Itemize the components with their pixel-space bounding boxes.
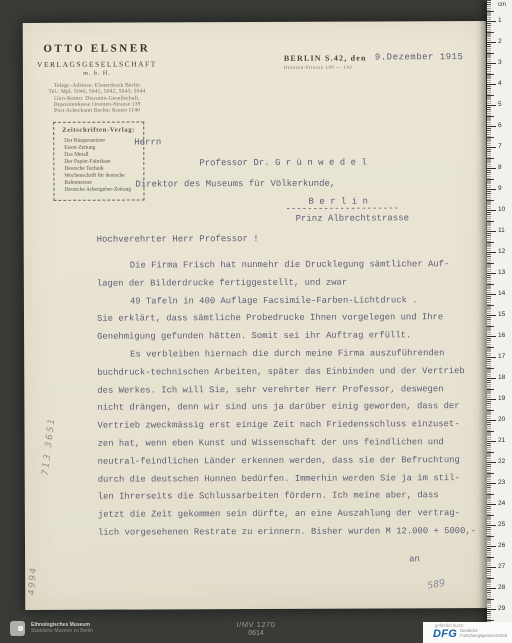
body-line: Sie erklärt, dass sämtliche Probedrucke … <box>97 313 443 325</box>
scan-viewer: OTTO ELSNER VERLAGSGESELLSCHAFT m. b. H.… <box>0 0 512 643</box>
ruler-cm-number: 6 <box>498 122 510 129</box>
ruler-cm-tick <box>487 210 496 211</box>
body-line: lagen der Bilderdrucke fertiggestellt, u… <box>97 277 347 288</box>
ruler-cm-number: 4 <box>498 80 510 87</box>
ruler-cm-number: 5 <box>498 101 510 108</box>
ruler-cm-tick <box>487 567 496 568</box>
ruler-cm-number: 22 <box>498 458 510 465</box>
body-line: Es verbleiben hiernach die durch meine F… <box>130 348 444 359</box>
ruler-cm-tick <box>487 21 496 22</box>
company-name: OTTO ELSNER <box>31 42 163 55</box>
ruler-cm-tick <box>487 126 496 127</box>
ruler-cm-tick <box>487 546 496 547</box>
ruler-cm-number: 9 <box>498 185 510 192</box>
journals-list: Der BürgermeisterEisen-ZeitungDas Metall… <box>64 137 143 193</box>
ruler-cm-number: 19 <box>498 395 510 402</box>
ruler-cm-tick <box>487 462 496 463</box>
ruler-cm-tick <box>487 441 496 442</box>
ruler-cm-number: 26 <box>498 542 510 549</box>
ruler-cm-number: 20 <box>498 416 510 423</box>
ruler-cm-tick <box>487 483 496 484</box>
body-line: Vertrieb zweckmässig erst einige Zeit na… <box>97 419 459 431</box>
letter-page: OTTO ELSNER VERLAGSGESELLSCHAFT m. b. H.… <box>23 21 489 610</box>
ruler-cm-number: 28 <box>498 584 510 591</box>
journals-box-title: Zeitschriften-Verlag: <box>54 126 143 133</box>
contact-line: Post-Scheckamt Berlin: Konto 1140 <box>31 108 163 115</box>
margin-note-lower: 4994 <box>27 566 39 595</box>
ruler-cm-number: 21 <box>498 437 510 444</box>
recipient-street: Prinz Albrechtstrasse <box>296 213 409 223</box>
ruler-cm-number: 12 <box>498 248 510 255</box>
recipient-city-underline: --------------------- <box>286 203 399 213</box>
ruler-cm-tick <box>487 189 496 190</box>
ruler-cm-number: 1 <box>498 17 510 24</box>
body-line: 49 Tafeln in 400 Auflage Facsimile-Farbe… <box>130 295 418 306</box>
dfg-logo: DFG <box>433 628 457 640</box>
ruler-cm-tick <box>487 525 496 526</box>
typed-date: 9.Dezember 1915 <box>375 52 464 62</box>
body-line: zen hat, wenn eben Kunst und Wissenschaf… <box>98 437 444 449</box>
ruler: cm 1234567891011121314151617181920212223… <box>487 0 512 643</box>
ruler-cm-number: 11 <box>498 227 510 234</box>
recipient-salutation: Herrn <box>134 137 161 147</box>
letterhead-street: Oranien-Strasse 140 — 142 <box>284 66 352 71</box>
ruler-cm-tick <box>487 63 496 64</box>
ruler-cm-tick <box>487 147 496 148</box>
ruler-cm-number: 3 <box>498 59 510 66</box>
ruler-cm-number: 23 <box>498 479 510 486</box>
ruler-cm-tick <box>487 273 496 274</box>
letterhead-place: BERLIN S.42, den <box>284 54 367 63</box>
ruler-cm-tick <box>487 84 496 85</box>
letterhead-left: OTTO ELSNER VERLAGSGESELLSCHAFT m. b. H.… <box>31 42 163 114</box>
dfg-funding-box: gefördert durch DFG Deutsche Forschungsg… <box>423 622 512 643</box>
ruler-cm-tick <box>487 399 496 400</box>
body-line: lich vorgesehenen Restrate zu erinnern. … <box>98 526 476 538</box>
ruler-cm-tick <box>487 294 496 295</box>
dfg-name: Deutsche Forschungsgemeinschaft <box>460 629 507 638</box>
body-line: durch die deutschen Hunnen bedürfen. Imm… <box>98 473 460 485</box>
ruler-cm-number: 15 <box>498 311 510 318</box>
letter-body: Die Firma Frisch hat nunmehr die Druckle… <box>23 21 486 23</box>
body-line: Die Firma Frisch hat nunmehr die Druckle… <box>130 259 450 270</box>
body-line: neutral-feindlichen Länder erkennen werd… <box>98 455 460 467</box>
dfg-name-line2: Forschungsgemeinschaft <box>460 634 507 639</box>
ruler-cm-number: 7 <box>498 143 510 150</box>
ruler-cm-number: 18 <box>498 374 510 381</box>
ruler-cm-number: 10 <box>498 206 510 213</box>
handwritten-page-number: 589 <box>426 578 446 592</box>
ruler-cm-number: 16 <box>498 332 510 339</box>
ruler-cm-tick <box>487 588 496 589</box>
ruler-cm-tick <box>487 420 496 421</box>
company-legal-form: m. b. H. <box>31 70 163 77</box>
ruler-cm-tick <box>487 357 496 358</box>
ruler-cm-number: 24 <box>498 500 510 507</box>
ruler-cm-tick <box>487 609 496 610</box>
ruler-cm-tick <box>487 168 496 169</box>
ruler-cm-number: 2 <box>498 38 510 45</box>
ruler-cm-tick <box>487 42 496 43</box>
ruler-cm-tick <box>487 231 496 232</box>
dfg-row: DFG Deutsche Forschungsgemeinschaft <box>433 628 512 640</box>
ruler-cm-number: 25 <box>498 521 510 528</box>
contact-line: Tel.: Mpl. 5040, 5041, 5042, 5043, 5044 <box>31 89 163 96</box>
recipient-title: Direktor des Museums für Völkerkunde, <box>135 179 335 190</box>
ruler-cm-tick <box>487 378 496 379</box>
ruler-cm-tick <box>487 336 496 337</box>
ruler-cm-number: 27 <box>498 563 510 570</box>
ruler-cm-tick <box>487 504 496 505</box>
letter-salutation: Hochverehrter Herr Professor ! <box>97 234 259 245</box>
ruler-cm-number: 13 <box>498 269 510 276</box>
ruler-unit-label: cm <box>498 2 506 8</box>
body-line: nicht drängen, denn wir sind uns ja darü… <box>97 402 459 414</box>
ruler-cm-number: 8 <box>498 164 510 171</box>
recipient-name: Professor Dr. G r ü n w e d e l <box>199 158 366 169</box>
body-line: buchdruck-technischen Arbeiten, später d… <box>97 366 465 378</box>
body-line: Genehmigung gefunden hätten. Somit sei i… <box>97 331 411 342</box>
body-line: jetzt die Zeit gekommen sein dürfte, an … <box>98 508 460 520</box>
ruler-cm-number: 14 <box>498 290 510 297</box>
ruler-cm-tick <box>487 315 496 316</box>
ruler-cm-number: 17 <box>498 353 510 360</box>
catchword: an <box>409 554 420 564</box>
journal-item: Wochenschrift für deutsche Bahnmeister <box>64 172 143 186</box>
journals-box: Zeitschriften-Verlag: Der BürgermeisterE… <box>53 121 144 200</box>
ruler-cm-number: 29 <box>498 605 510 612</box>
company-subtitle: VERLAGSGESELLSCHAFT <box>31 59 163 69</box>
margin-note-upper: 713 3651 <box>41 416 58 476</box>
body-line: len Ihrerseits die Schlussarbeiten förde… <box>98 491 439 502</box>
ruler-cm-tick <box>487 252 496 253</box>
ruler-cm-tick <box>487 105 496 106</box>
letterhead-contact: Telegr.-Adresse: Elsnerdruck BerlinTel.:… <box>31 82 163 114</box>
body-line: des Werkes. Ich will Sie, sehr verehrter… <box>97 384 443 396</box>
journal-item: Deutsche Arbeitgeber-Zeitung <box>64 186 143 193</box>
